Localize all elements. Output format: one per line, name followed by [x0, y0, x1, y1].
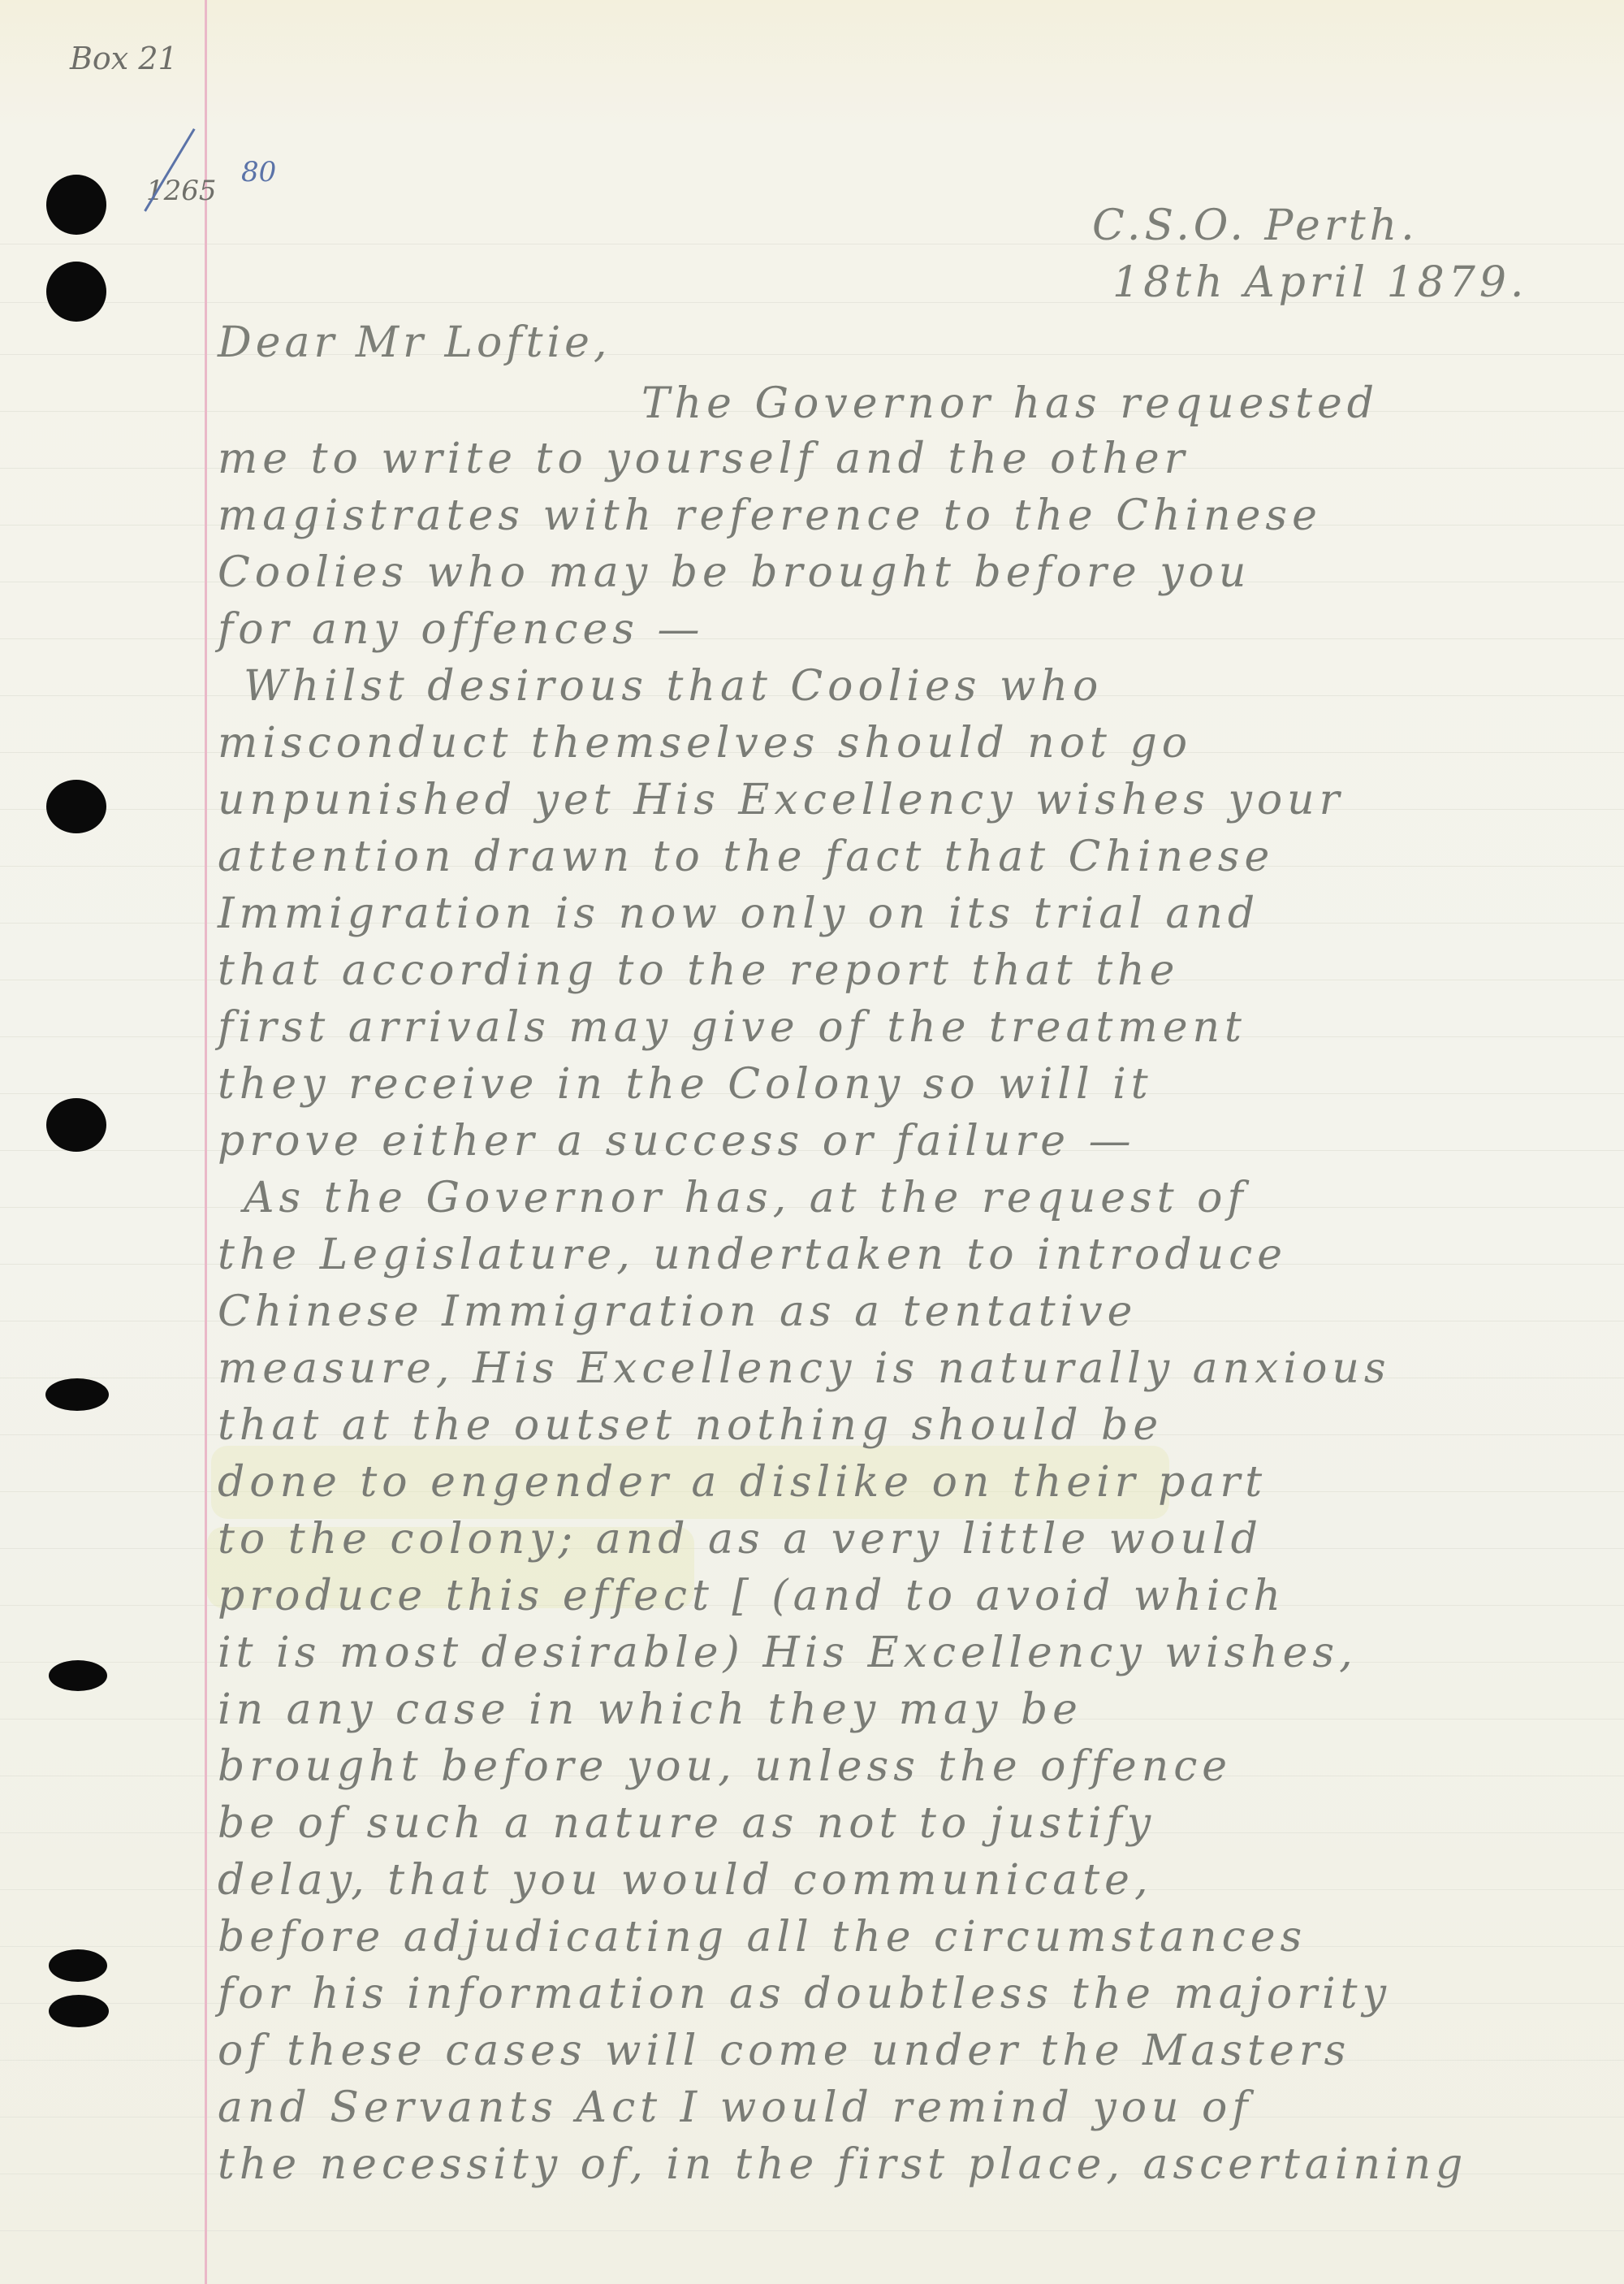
letter-date: 18th April 1879. [1112, 258, 1527, 307]
body-line: Immigration is now only on its trial and [218, 885, 1259, 942]
body-line: Chinese Immigration as a tentative [218, 1283, 1137, 1340]
body-line: the Legislature, undertaken to introduce [218, 1226, 1287, 1283]
punch-hole [45, 1378, 109, 1411]
body-line: and Servants Act I would remind you of [218, 2079, 1253, 2136]
body-line: attention drawn to the fact that Chinese [218, 828, 1274, 885]
body-line: in any case in which they may be [218, 1681, 1082, 1738]
body-line: As the Governor has, at the request of [244, 1170, 1248, 1226]
body-line: for any offences — [218, 601, 705, 658]
body-line: the necessity of, in the first place, as… [218, 2136, 1467, 2193]
body-line: Whilst desirous that Coolies who [244, 658, 1103, 715]
office-place: C.S.O. Perth. [1092, 201, 1419, 250]
punch-hole [49, 1949, 107, 1982]
body-line: me to write to yourself and the other [218, 430, 1190, 487]
body-line: The Governor has requested [641, 375, 1379, 432]
body-line: Coolies who may be brought before you [218, 544, 1250, 601]
body-line: delay, that you would communicate, [218, 1852, 1152, 1909]
file-year: 80 [241, 156, 276, 188]
punch-hole [46, 262, 106, 322]
body-line: that according to the report that the [218, 942, 1179, 999]
body-line: misconduct themselves should not go [218, 715, 1192, 772]
body-line: of these cases will come under the Maste… [218, 2022, 1350, 2079]
body-line: that at the outset nothing should be [218, 1397, 1163, 1454]
margin-rule [205, 0, 207, 2284]
body-line: brought before you, unless the offence [218, 1738, 1232, 1795]
punch-hole [49, 1995, 109, 2027]
box-label: Box 21 [70, 41, 178, 76]
punch-hole [46, 780, 106, 833]
body-line: measure, His Excellency is naturally anx… [218, 1340, 1391, 1397]
body-line: first arrivals may give of the treatment [218, 999, 1246, 1056]
body-line: prove either a success or failure — [218, 1113, 1136, 1170]
body-line: to the colony; and as a very little woul… [218, 1511, 1263, 1568]
body-line: for his information as doubtless the maj… [218, 1966, 1391, 2022]
body-line: they receive in the Colony so will it [218, 1056, 1153, 1113]
body-line: unpunished yet His Excellency wishes you… [218, 772, 1345, 828]
body-line: done to engender a dislike on their part [218, 1454, 1267, 1511]
body-line: magistrates with reference to the Chines… [218, 487, 1322, 544]
letter-page: Box 21 1265 80 C.S.O. Perth. 18th April … [0, 0, 1624, 2284]
salutation: Dear Mr Loftie, [218, 318, 611, 367]
punch-hole [46, 175, 106, 235]
ruled-line [0, 2230, 1624, 2231]
body-line: it is most desirable) His Excellency wis… [218, 1624, 1358, 1681]
body-line: be of such a nature as not to justify [218, 1795, 1155, 1852]
punch-hole [49, 1660, 107, 1691]
body-line: before adjudicating all the circumstance… [218, 1909, 1307, 1966]
punch-hole [46, 1098, 106, 1152]
body-line: produce this effect [ (and to avoid whic… [218, 1568, 1285, 1624]
